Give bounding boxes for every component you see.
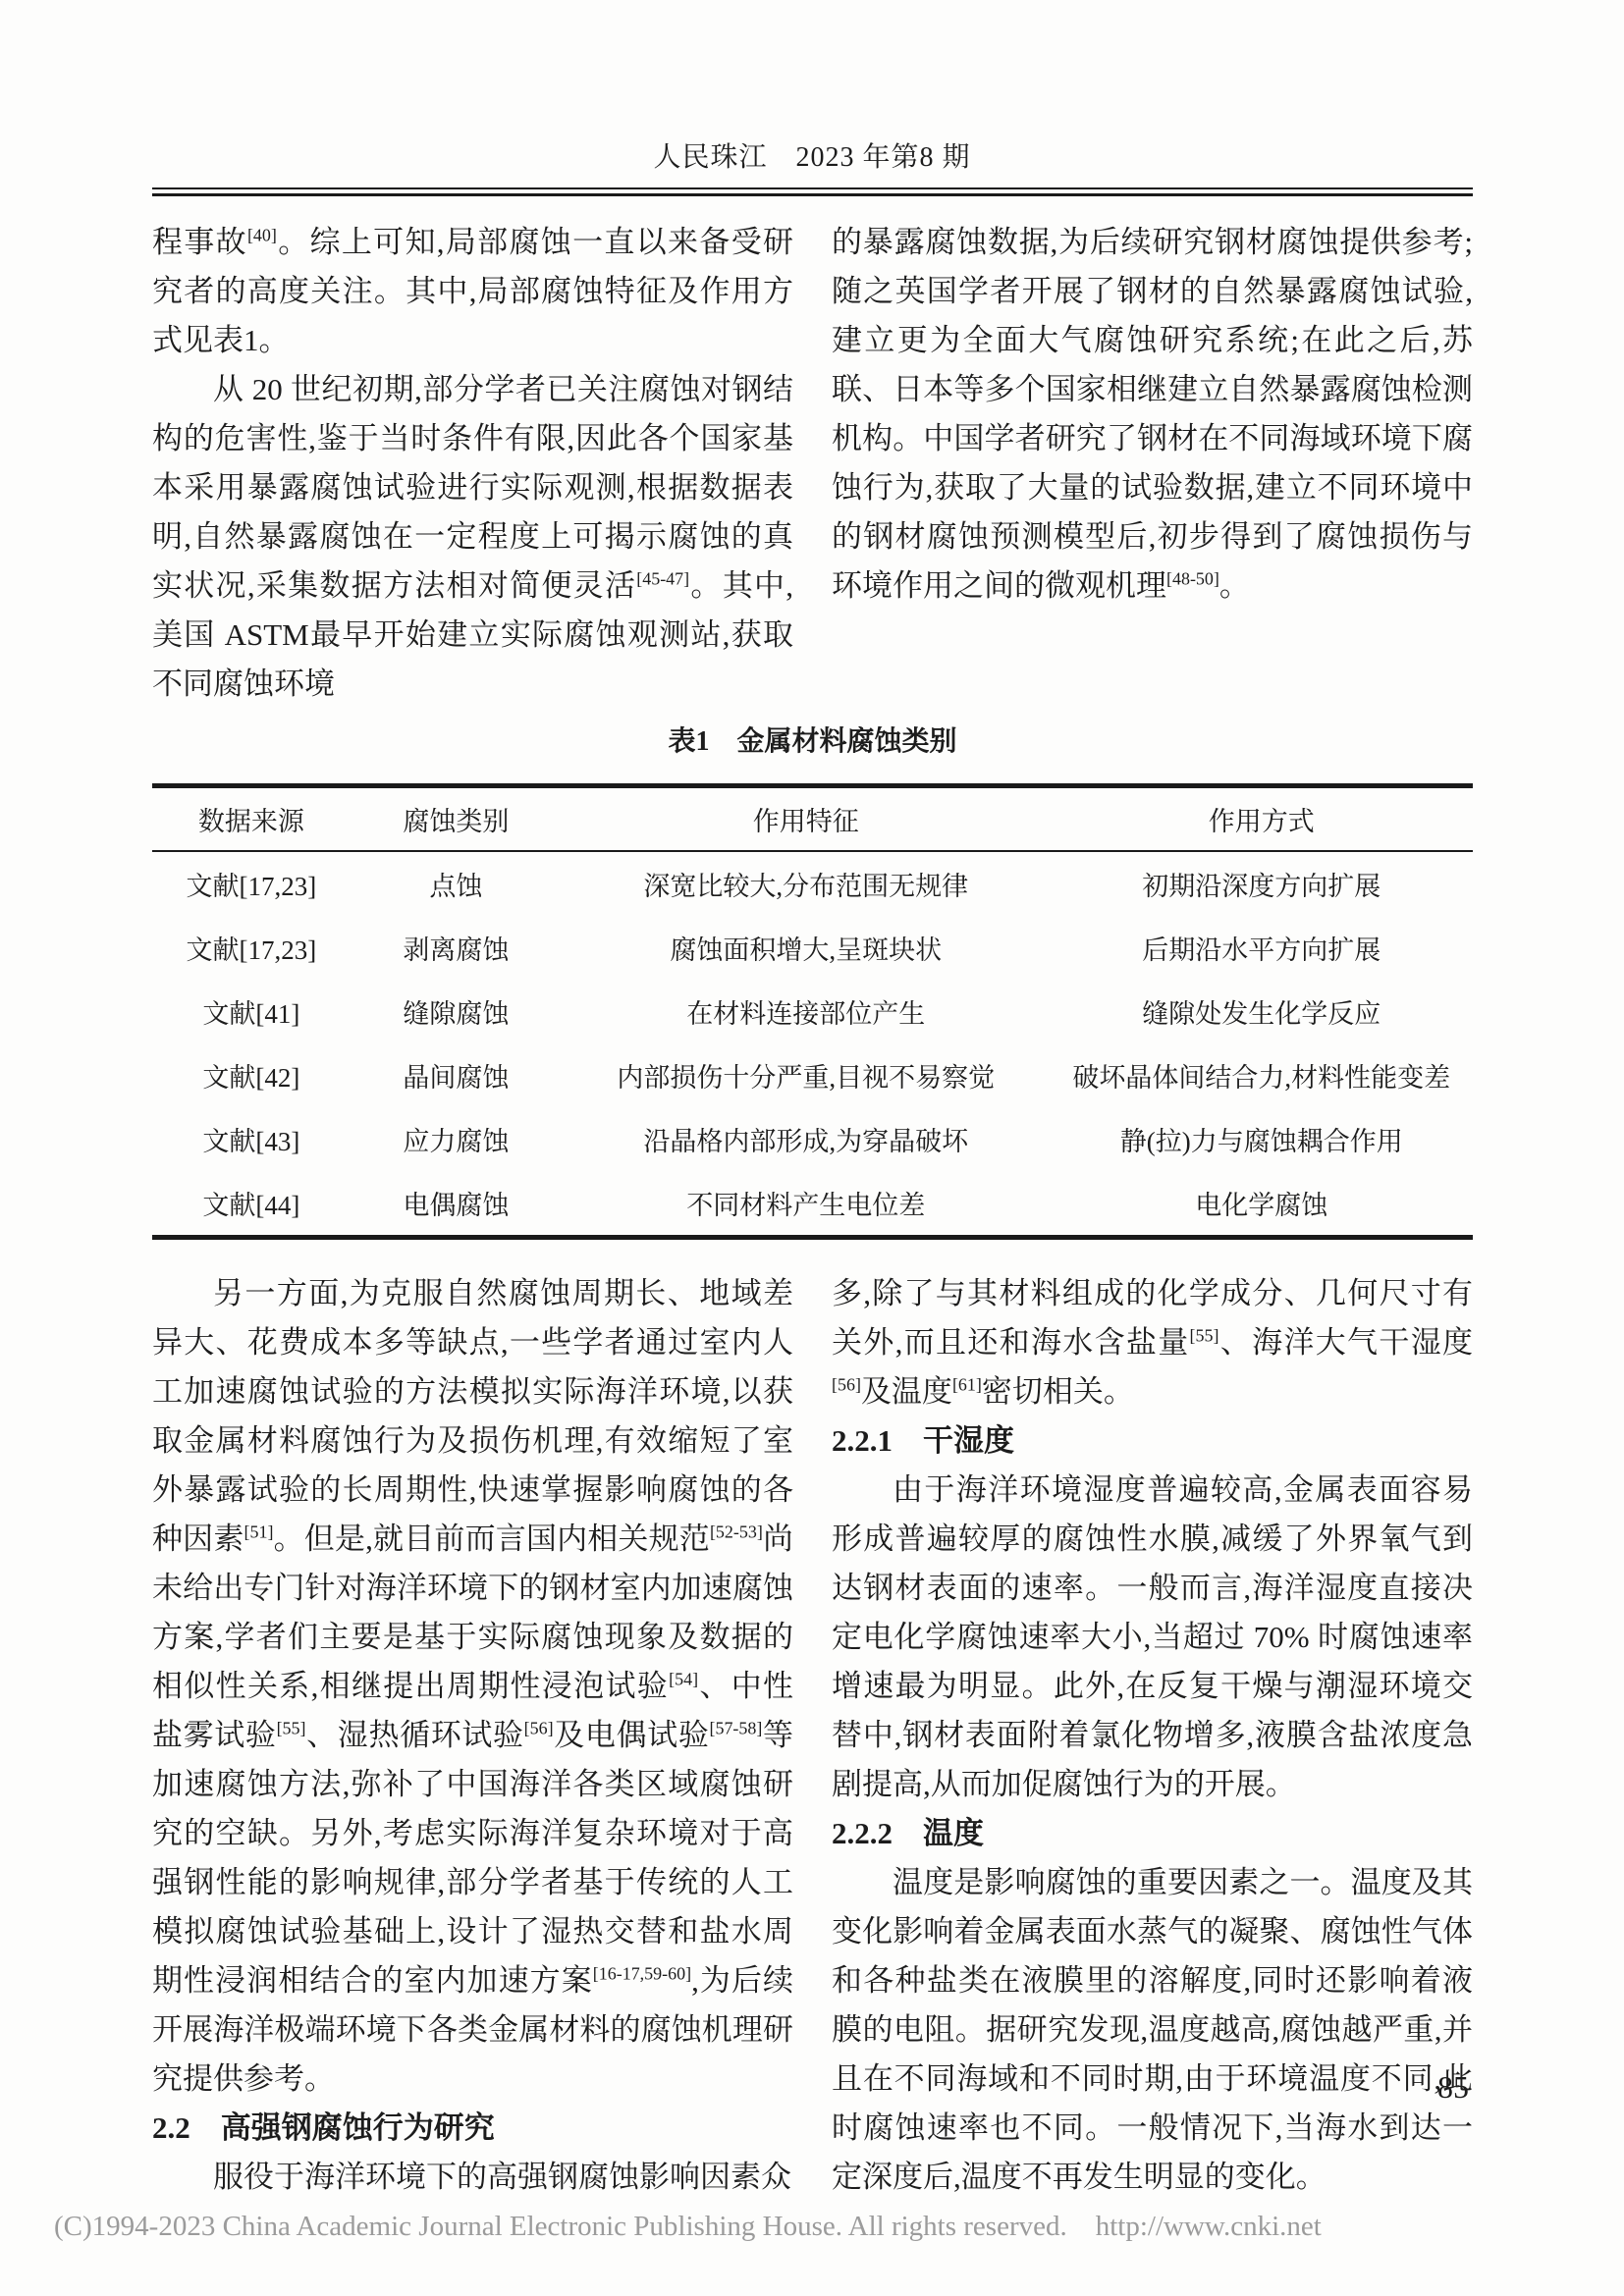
top-text-columns: 程事故[40]。综上可知,局部腐蚀一直以来备受研究者的高度关注。其中,局部腐蚀特…	[152, 218, 1473, 709]
table-header-cell: 腐蚀类别	[351, 788, 562, 850]
table-header-cell: 作用方式	[1051, 788, 1473, 850]
section-heading: 2.2.1 干湿度	[832, 1416, 1473, 1466]
section-heading: 2.2.2 温度	[832, 1809, 1473, 1858]
citation-superscript: [52-53]	[710, 1522, 763, 1542]
table-cell: 文献[43]	[152, 1107, 351, 1171]
table-cell: 后期沿水平方向扩展	[1051, 916, 1473, 980]
paragraph: 多,除了与其材料组成的化学成分、几何尺寸有关外,而且还和海水含盐量[55]、海洋…	[832, 1269, 1473, 1416]
citation-superscript: [56]	[524, 1719, 554, 1738]
citation-superscript: [48-50]	[1166, 569, 1219, 589]
table-title: 表1 金属材料腐蚀类别	[152, 722, 1473, 762]
journal-header: 人民珠江 2023 年第8 期	[0, 0, 1624, 175]
table-cell: 剥离腐蚀	[351, 916, 562, 980]
citation-superscript: [40]	[247, 226, 277, 245]
table-header-cell: 数据来源	[152, 788, 351, 850]
table-cell: 点蚀	[351, 852, 562, 916]
table-header-cell: 作用特征	[562, 788, 1051, 850]
table-cell: 晶间腐蚀	[351, 1043, 562, 1107]
table-row: 文献[41]缝隙腐蚀在材料连接部位产生缝隙处发生化学反应	[152, 980, 1473, 1043]
table-header-row: 数据来源腐蚀类别作用特征作用方式	[152, 788, 1473, 852]
table-cell: 不同材料产生电位差	[562, 1171, 1051, 1235]
citation-superscript: [61]	[952, 1375, 982, 1395]
table-row: 文献[44]电偶腐蚀不同材料产生电位差电化学腐蚀	[152, 1171, 1473, 1235]
paragraph: 另一方面,为克服自然腐蚀周期长、地域差异大、花费成本多等缺点,一些学者通过室内人…	[152, 1269, 793, 2104]
paragraph: 由于海洋环境湿度普遍较高,金属表面容易形成普遍较厚的腐蚀性水膜,减缓了外界氧气到…	[832, 1466, 1473, 1809]
section-heading: 2.2 高强钢腐蚀行为研究	[152, 2104, 793, 2153]
footer-copyright: (C)1994-2023 China Academic Journal Elec…	[54, 2211, 1585, 2243]
table-cell: 文献[17,23]	[152, 916, 351, 980]
top-left-column: 程事故[40]。综上可知,局部腐蚀一直以来备受研究者的高度关注。其中,局部腐蚀特…	[152, 218, 793, 709]
journal-page: 人民珠江 2023 年第8 期 程事故[40]。综上可知,局部腐蚀一直以来备受研…	[0, 0, 1624, 2296]
table-row: 文献[42]晶间腐蚀内部损伤十分严重,目视不易察觉破坏晶体间结合力,材料性能变差	[152, 1043, 1473, 1107]
bottom-left-column: 另一方面,为克服自然腐蚀周期长、地域差异大、花费成本多等缺点,一些学者通过室内人…	[152, 1269, 793, 2202]
table-cell: 应力腐蚀	[351, 1107, 562, 1171]
page-number: 85	[1437, 2069, 1469, 2106]
table-row: 文献[43]应力腐蚀沿晶格内部形成,为穿晶破坏静(拉)力与腐蚀耦合作用	[152, 1107, 1473, 1171]
citation-superscript: [16-17,59-60]	[593, 1964, 691, 1984]
table-row: 文献[17,23]点蚀深宽比较大,分布范围无规律初期沿深度方向扩展	[152, 852, 1473, 916]
citation-superscript: [55]	[277, 1719, 306, 1738]
paragraph: 从 20 世纪初期,部分学者已关注腐蚀对钢结构的危害性,鉴于当时条件有限,因此各…	[152, 365, 793, 709]
table-cell: 文献[44]	[152, 1171, 351, 1235]
citation-superscript: [51]	[244, 1522, 274, 1542]
citation-superscript: [45-47]	[636, 569, 689, 589]
table-row: 文献[17,23]剥离腐蚀腐蚀面积增大,呈斑块状后期沿水平方向扩展	[152, 916, 1473, 980]
table-cell: 缝隙腐蚀	[351, 980, 562, 1043]
table-section: 表1 金属材料腐蚀类别 数据来源腐蚀类别作用特征作用方式文献[17,23]点蚀深…	[152, 722, 1473, 1240]
table-cell: 文献[41]	[152, 980, 351, 1043]
paragraph: 服役于海洋环境下的高强钢腐蚀影响因素众	[152, 2153, 793, 2202]
table-cell: 初期沿深度方向扩展	[1051, 852, 1473, 916]
table-cell: 腐蚀面积增大,呈斑块状	[562, 916, 1051, 980]
top-right-column: 的暴露腐蚀数据,为后续研究钢材腐蚀提供参考;随之英国学者开展了钢材的自然暴露腐蚀…	[832, 218, 1473, 709]
table-cell: 电偶腐蚀	[351, 1171, 562, 1235]
paragraph: 程事故[40]。综上可知,局部腐蚀一直以来备受研究者的高度关注。其中,局部腐蚀特…	[152, 218, 793, 365]
table-cell: 电化学腐蚀	[1051, 1171, 1473, 1235]
table-cell: 沿晶格内部形成,为穿晶破坏	[562, 1107, 1051, 1171]
table-cell: 内部损伤十分严重,目视不易察觉	[562, 1043, 1051, 1107]
header-double-rule	[152, 187, 1473, 196]
corrosion-table: 数据来源腐蚀类别作用特征作用方式文献[17,23]点蚀深宽比较大,分布范围无规律…	[152, 783, 1473, 1240]
table-cell: 文献[42]	[152, 1043, 351, 1107]
citation-superscript: [56]	[832, 1375, 861, 1395]
paragraph: 温度是影响腐蚀的重要因素之一。温度及其变化影响着金属表面水蒸气的凝聚、腐蚀性气体…	[832, 1858, 1473, 2202]
citation-superscript: [57-58]	[709, 1719, 762, 1738]
table-cell: 破坏晶体间结合力,材料性能变差	[1051, 1043, 1473, 1107]
citation-superscript: [54]	[669, 1670, 698, 1689]
bottom-right-column: 多,除了与其材料组成的化学成分、几何尺寸有关外,而且还和海水含盐量[55]、海洋…	[832, 1269, 1473, 2202]
table-cell: 缝隙处发生化学反应	[1051, 980, 1473, 1043]
table-cell: 静(拉)力与腐蚀耦合作用	[1051, 1107, 1473, 1171]
bottom-text-columns: 另一方面,为克服自然腐蚀周期长、地域差异大、花费成本多等缺点,一些学者通过室内人…	[152, 1269, 1473, 2202]
table-cell: 文献[17,23]	[152, 852, 351, 916]
paragraph: 的暴露腐蚀数据,为后续研究钢材腐蚀提供参考;随之英国学者开展了钢材的自然暴露腐蚀…	[832, 218, 1473, 611]
table-cell: 深宽比较大,分布范围无规律	[562, 852, 1051, 916]
table-cell: 在材料连接部位产生	[562, 980, 1051, 1043]
citation-superscript: [55]	[1190, 1326, 1219, 1346]
